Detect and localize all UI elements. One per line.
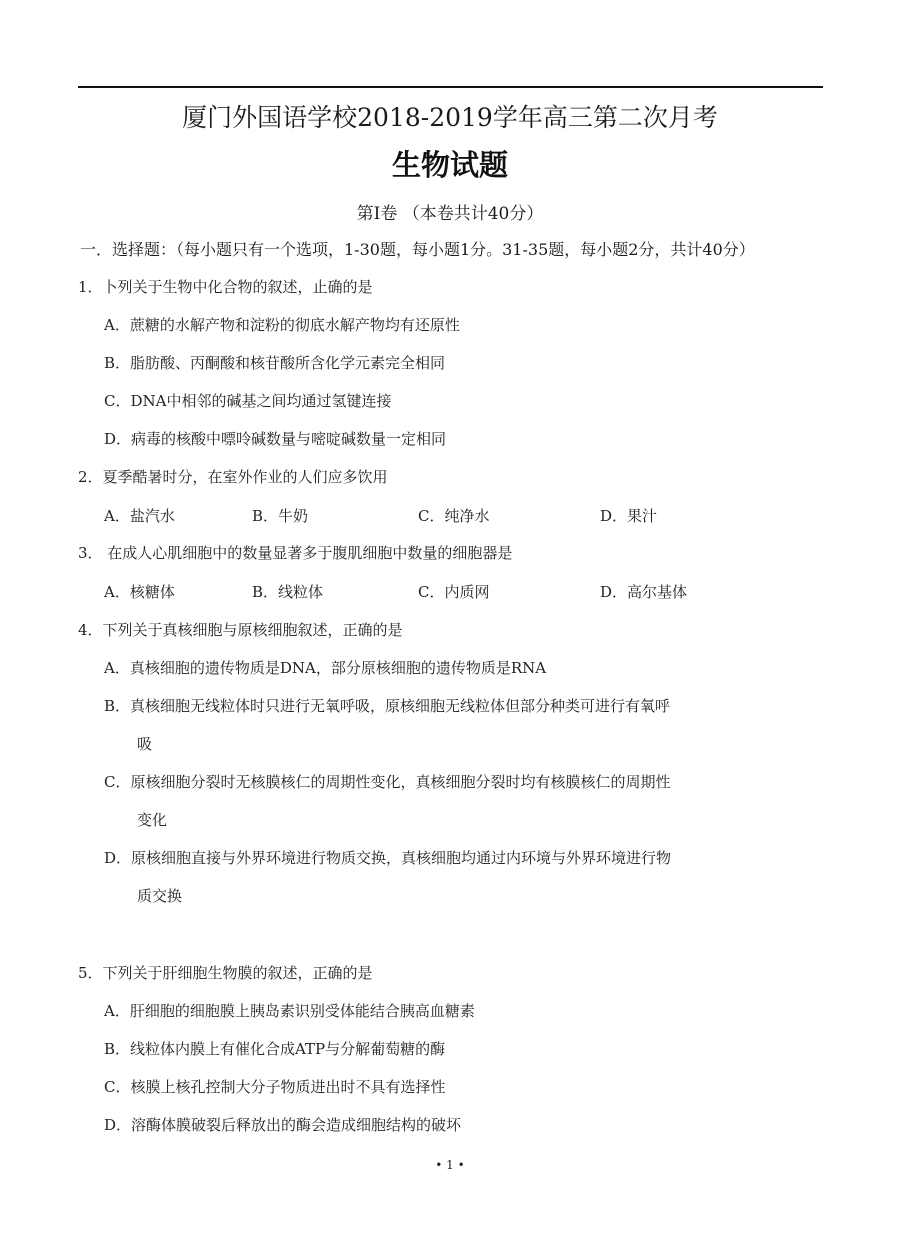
option-d: D．原核细胞直接与外界环境进行物质交换，真核细胞均通过内环境与外界环境进行物 bbox=[104, 847, 671, 868]
question-stem: 5．下列关于肝细胞生物膜的叙述，正确的是 bbox=[78, 962, 373, 983]
volume-title: 第Ⅰ卷 （本卷共计40分） bbox=[0, 199, 900, 224]
question-stem: 4．下列关于真核细胞与原核细胞叙述，正确的是 bbox=[78, 619, 403, 640]
option-c: C．核膜上核孔控制大分子物质进出时不具有选择性 bbox=[104, 1076, 445, 1097]
option-a: A．肝细胞的细胞膜上胰岛素识别受体能结合胰高血糖素 bbox=[104, 1000, 475, 1021]
option-b: B．线粒体 bbox=[252, 581, 323, 602]
subject-title: 生物试题 bbox=[0, 143, 900, 184]
question-stem: 1．卜列关于生物中化合物的叙述，止确的是 bbox=[78, 276, 373, 297]
option-c: C．内质网 bbox=[418, 581, 489, 602]
option-a: A．盐汽水 bbox=[104, 505, 175, 526]
option-d: D．果汁 bbox=[600, 505, 657, 526]
option-d-continued: 质交换 bbox=[137, 885, 182, 906]
option-d: D．溶酶体膜破裂后释放出的酶会造成细胞结构的破坏 bbox=[104, 1114, 461, 1135]
option-b: B．线粒体内膜上有催化合成ATP与分解葡萄糖的酶 bbox=[104, 1038, 445, 1059]
option-b-continued: 吸 bbox=[137, 733, 152, 754]
option-a: A．核糖体 bbox=[104, 581, 175, 602]
school-title: 厦门外国语学校2018-2019学年高三第二次月考 bbox=[0, 98, 900, 134]
option-b: B．牛奶 bbox=[252, 505, 308, 526]
question-stem: 2．夏季酷暑时分，在室外作业的人们应多饮用 bbox=[78, 466, 388, 487]
option-c: C．纯净水 bbox=[418, 505, 489, 526]
option-c-continued: 变化 bbox=[137, 809, 167, 830]
option-b: B．脂肪酸、丙酮酸和核苷酸所含化学元素完全相同 bbox=[104, 352, 445, 373]
option-a: A．蔗糖的水解产物和淀粉的彻底水解产物均有还原性 bbox=[104, 314, 460, 335]
section-title: 一．选择题：（每小题只有一个选项，1-30题，每小题1分。31-35题，每小题2… bbox=[80, 237, 755, 260]
header-rule bbox=[78, 86, 823, 88]
question-stem: 3． 在成人心肌细胞中的数量显著多于腹肌细胞中数量的细胞器是 bbox=[78, 542, 512, 563]
option-c: C．原核细胞分裂时无核膜核仁的周期性变化，真核细胞分裂时均有核膜核仁的周期性 bbox=[104, 771, 670, 792]
option-b: B．真核细胞无线粒体时只进行无氧呼吸，原核细胞无线粒体但部分种类可进行有氧呼 bbox=[104, 695, 670, 716]
option-d: D．病毒的核酸中嘌呤碱数量与嘧啶碱数量一定相同 bbox=[104, 428, 446, 449]
page-number: • 1 • bbox=[0, 1158, 900, 1172]
option-c: C．DNA中相邻的碱基之间均通过氢键连接 bbox=[104, 390, 391, 411]
option-a: A．真核细胞的遗传物质是DNA，部分原核细胞的遗传物质是RNA bbox=[104, 657, 546, 678]
option-d: D．高尔基体 bbox=[600, 581, 687, 602]
